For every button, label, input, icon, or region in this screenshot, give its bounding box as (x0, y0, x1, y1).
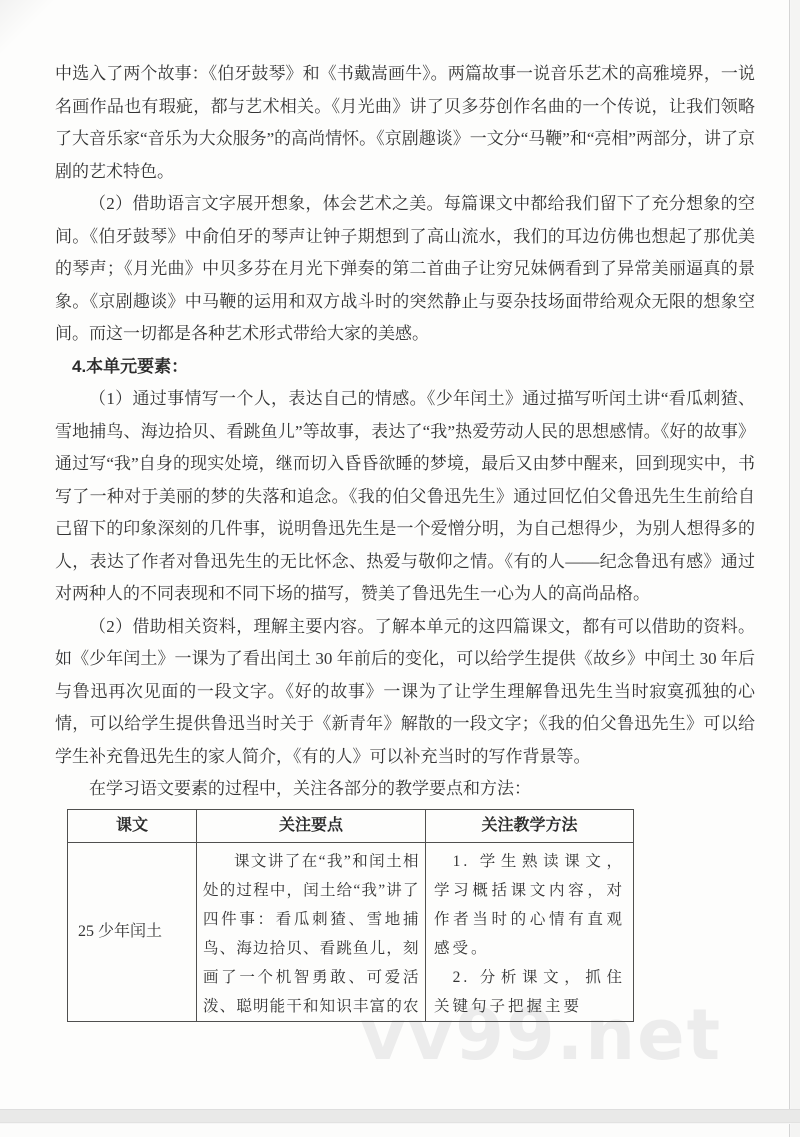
page-gap-band (0, 1109, 800, 1123)
paragraph-imagination: （2）借助语言文字展开想象，体会艺术之美。每篇课文中都给我们留下了充分想象的空间… (55, 188, 755, 351)
cell-methods: 1. 学生熟读课文，学习概括课文内容，对作者当时的心情有直观感受。 2. 分析课… (426, 843, 634, 1022)
table-header-lesson: 课文 (68, 809, 197, 843)
teaching-points-table: 课文 关注要点 关注教学方法 25 少年闰土 课文讲了在“我”和闰土相处的过程中… (67, 809, 634, 1023)
points-text: 课文讲了在“我”和闰土相处的过程中，闰土给“我”讲了四件事：看瓜刺猹、雪地捕鸟、… (203, 847, 419, 1019)
paragraph-element-two: （2）借助相关资料，理解主要内容。了解本单元的这四篇课文，都有可以借助的资料。如… (55, 611, 755, 774)
table-header-methods: 关注教学方法 (426, 809, 634, 843)
method-step-2: 2. 分析课文，抓住关键句子把握主要 (434, 963, 625, 1019)
paragraph-element-one: （1）通过事情写一个人，表达自己的情感。《少年闰土》通过描写听闰土讲“看瓜刺猹、… (55, 383, 755, 611)
table-header-row: 课文 关注要点 关注教学方法 (68, 809, 634, 843)
next-page-top-edge (0, 1124, 790, 1137)
paragraph-table-intro: 在学习语文要素的过程中，关注各部分的教学要点和方法： (55, 773, 755, 806)
method-step-1: 1. 学生熟读课文，学习概括课文内容，对作者当时的心情有直观感受。 (434, 847, 625, 963)
page-content: 中选入了两个故事：《伯牙鼓琴》和《书戴嵩画牛》。两篇故事一说音乐艺术的高雅境界，… (0, 0, 789, 1022)
paragraph-art-stories: 中选入了两个故事：《伯牙鼓琴》和《书戴嵩画牛》。两篇故事一说音乐艺术的高雅境界，… (55, 58, 755, 188)
section-heading-unit-elements: 4.本单元要素： (55, 351, 755, 384)
cell-lesson-title: 25 少年闰土 (68, 843, 197, 1022)
table-row-lesson-25: 25 少年闰土 课文讲了在“我”和闰土相处的过程中，闰土给“我”讲了四件事：看瓜… (68, 843, 634, 1022)
document-page: vv99.net 中选入了两个故事：《伯牙鼓琴》和《书戴嵩画牛》。两篇故事一说音… (0, 0, 790, 1109)
page-right-gutter (791, 0, 800, 1137)
table-header-points: 关注要点 (197, 809, 426, 843)
cell-points: 课文讲了在“我”和闰土相处的过程中，闰土给“我”讲了四件事：看瓜刺猹、雪地捕鸟、… (197, 843, 426, 1022)
